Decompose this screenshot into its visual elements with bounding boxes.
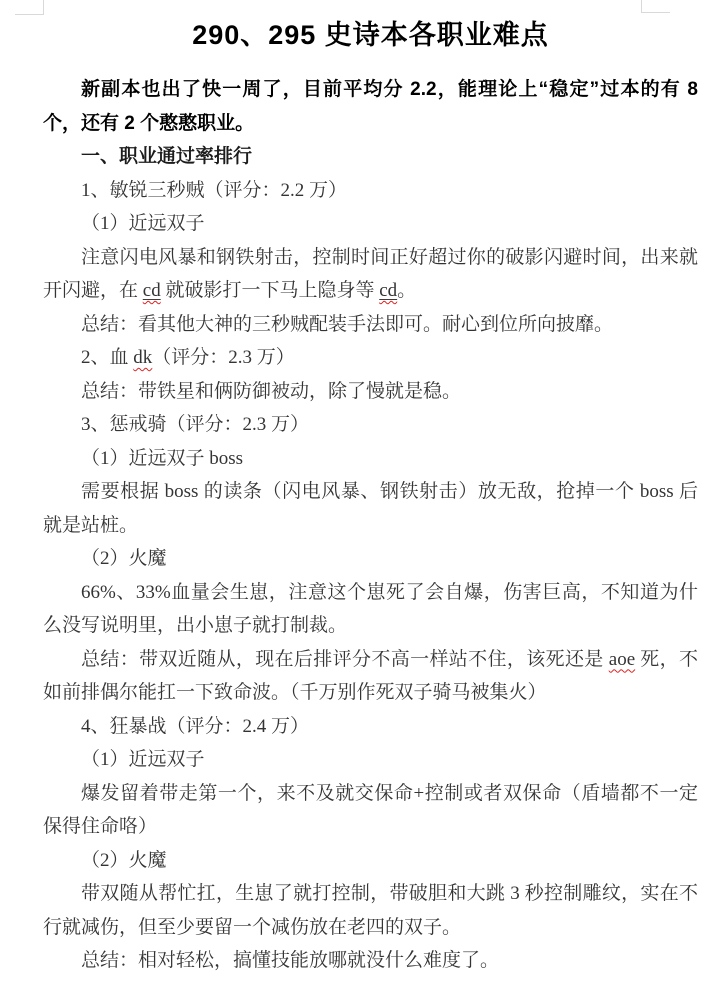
paragraph-19-body: 带双随从帮忙扛，生崽了就打控制，带破胆和大跳 3 秒控制雕纹，实在不行就减伤，但… — [43, 877, 698, 944]
misspelled-word: aoe — [609, 649, 635, 670]
document-title: 290、295 史诗本各职业难点 — [43, 18, 698, 52]
text-run: 总结：带铁星和俩防御被动，除了慢就是稳。 — [81, 381, 461, 402]
paragraph-11-body: 需要根据 boss 的读条（闪电风暴、钢铁射击）放无敌，抢掉一个 boss 后就… — [43, 475, 698, 542]
misspelled-word: cd — [143, 280, 161, 301]
paragraph-8-body: 总结：带铁星和俩防御被动，除了慢就是稳。 — [43, 375, 698, 409]
paragraph-3-item: 1、敏锐三秒贼（评分：2.2 万） — [43, 174, 698, 208]
text-run: 带双随从帮忙扛，生崽了就打控制，带破胆和大跳 3 秒控制雕纹，实在不行就减伤，但… — [43, 883, 698, 938]
paragraph-18-sub: （2）火魔 — [43, 844, 698, 878]
paragraph-10-sub: （1）近远双子 boss — [43, 442, 698, 476]
margin-mark-top-right-vertical — [641, 0, 642, 13]
paragraph-15-item: 4、狂暴战（评分：2.4 万） — [43, 710, 698, 744]
paragraph-12-sub: （2）火魔 — [43, 542, 698, 576]
paragraph-4-sub: （1）近远双子 — [43, 207, 698, 241]
text-run: 1、敏锐三秒贼（评分：2.2 万） — [81, 180, 347, 201]
margin-mark-top-left-vertical — [43, 0, 44, 15]
paragraph-17-body: 爆发留着带走第一个，来不及就交保命+控制或者双保命（盾墙都不一定保得住命咯） — [43, 777, 698, 844]
paragraph-6-body: 总结：看其他大神的三秒贼配装手法即可。耐心到位所向披靡。 — [43, 308, 698, 342]
document-page: 290、295 史诗本各职业难点 新副本也出了快一周了，目前平均分 2.2，能理… — [0, 0, 720, 990]
paragraph-16-sub: （1）近远双子 — [43, 743, 698, 777]
text-run: 一、职业通过率排行 — [81, 146, 252, 167]
text-run: 爆发留着带走第一个，来不及就交保命+控制或者双保命（盾墙都不一定保得住命咯） — [43, 783, 698, 838]
text-run: 总结：相对轻松，搞懂技能放哪就没什么难度了。 — [81, 950, 499, 971]
text-run: 3、惩戒骑（评分：2.3 万） — [81, 414, 309, 435]
text-run: （1）近远双子 boss — [81, 448, 243, 469]
text-run: 需要根据 boss 的读条（闪电风暴、钢铁射击）放无敌，抢掉一个 boss 后就… — [43, 481, 698, 536]
text-run: 总结：看其他大神的三秒贼配装手法即可。耐心到位所向披靡。 — [81, 314, 613, 335]
text-run: 66%、33%血量会生崽，注意这个崽死了会自爆，伤害巨高，不知道为什么没写说明里… — [43, 582, 698, 637]
paragraph-5-body: 注意闪电风暴和钢铁射击，控制时间正好超过你的破影闪避时间，出来就开闪避，在 cd… — [43, 241, 698, 308]
text-run: （评分：2.3 万） — [152, 347, 295, 368]
text-run: 就破影打一下马上隐身等 — [161, 280, 380, 301]
misspelled-word: cd — [379, 280, 397, 301]
text-run: 新副本也出了快一周了，目前平均分 2.2，能理论上“稳定”过本的有 8 个，还有… — [43, 79, 698, 134]
text-run: （2）火魔 — [81, 850, 167, 871]
margin-mark-top-left-horizontal — [15, 14, 44, 15]
text-run: （1）近远双子 — [81, 213, 205, 234]
paragraph-13-body: 66%、33%血量会生崽，注意这个崽死了会自爆，伤害巨高，不知道为什么没写说明里… — [43, 576, 698, 643]
paragraph-9-item: 3、惩戒骑（评分：2.3 万） — [43, 408, 698, 442]
text-run: 4、狂暴战（评分：2.4 万） — [81, 716, 309, 737]
text-run: （1）近远双子 — [81, 749, 205, 770]
paragraph-20-body: 总结：相对轻松，搞懂技能放哪就没什么难度了。 — [43, 944, 698, 978]
paragraph-14-body: 总结：带双近随从，现在后排评分不高一样站不住，该死还是 aoe 死，不如前排偶尔… — [43, 643, 698, 710]
document-body: 新副本也出了快一周了，目前平均分 2.2，能理论上“稳定”过本的有 8 个，还有… — [43, 73, 698, 978]
paragraph-1-intro: 新副本也出了快一周了，目前平均分 2.2，能理论上“稳定”过本的有 8 个，还有… — [43, 73, 698, 140]
spellcheck-squiggle: cd — [143, 280, 161, 301]
paragraph-2-heading: 一、职业通过率排行 — [43, 140, 698, 174]
text-run: 总结：带双近随从，现在后排评分不高一样站不住，该死还是 — [81, 649, 609, 670]
text-run: （2）火魔 — [81, 548, 167, 569]
text-run: 2、血 — [81, 347, 133, 368]
misspelled-word: dk — [133, 347, 152, 368]
spellcheck-squiggle: cd — [379, 280, 397, 301]
text-run: 。 — [397, 280, 416, 301]
paragraph-7-item: 2、血 dk（评分：2.3 万） — [43, 341, 698, 375]
spellcheck-squiggle: dk — [133, 347, 152, 368]
spellcheck-squiggle: aoe — [609, 649, 635, 670]
margin-mark-top-right-horizontal — [641, 12, 670, 13]
